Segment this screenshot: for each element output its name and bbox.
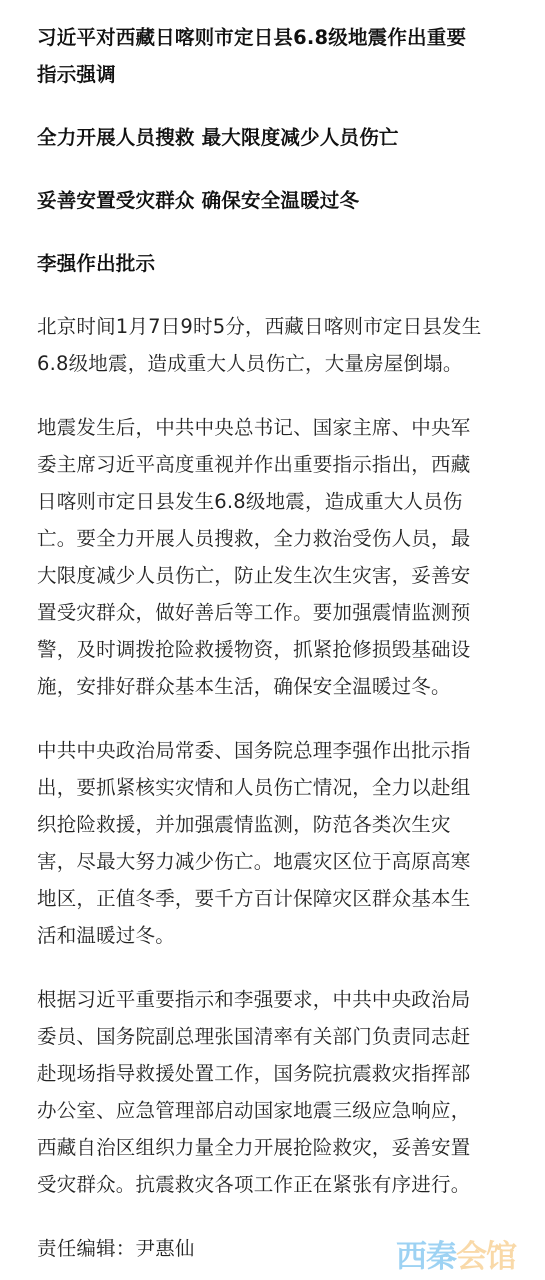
watermark-part-1: 西秦	[396, 1239, 456, 1275]
text-line: 地震发生后，中共中央总书记、国家主席、中央军	[37, 409, 512, 446]
text-line: 害，尽最大努力减少伤亡。地震灾区位于高原高寒	[37, 843, 512, 880]
headline-sub-3: 李强作出批示	[37, 245, 512, 282]
headline-line: 指示强调	[37, 56, 512, 93]
text-line: 根据习近平重要指示和李强要求，中共中央政治局	[37, 981, 512, 1018]
text-line: 施，安排好群众基本生活，确保安全温暖过冬。	[37, 668, 512, 705]
text-line: 地区，正值冬季，要千方百计保障灾区群众基本生	[37, 880, 512, 917]
paragraph-3: 中共中央政治局常委、国务院总理李强作出批示指 出，要抓紧核实灾情和人员伤亡情况，…	[37, 732, 512, 954]
watermark-part-2: 会馆	[456, 1239, 516, 1275]
headline-main: 习近平对西藏日喀则市定日县6.8级地震作出重要 指示强调	[37, 19, 512, 93]
paragraph-4: 根据习近平重要指示和李强要求，中共中央政治局 委员、国务院副总理张国清率有关部门…	[37, 981, 512, 1203]
headline-line: 妥善安置受灾群众 确保安全温暖过冬	[37, 182, 512, 219]
text-line: 北京时间1月7日9时5分，西藏日喀则市定日县发生	[37, 308, 512, 345]
text-line: 织抢险救援，并加强震情监测，防范各类次生灾	[37, 806, 512, 843]
article: 习近平对西藏日喀则市定日县6.8级地震作出重要 指示强调 全力开展人员搜救 最大…	[37, 19, 512, 1267]
text-line: 警，及时调拨抢险救援物资，抓紧抢修损毁基础设	[37, 631, 512, 668]
headline-line: 全力开展人员搜救 最大限度减少人员伤亡	[37, 119, 512, 156]
text-line: 大限度减少人员伤亡，防止发生次生灾害，妥善安	[37, 557, 512, 594]
text-line: 西藏自治区组织力量全力开展抢险救灾，妥善安置	[37, 1129, 512, 1166]
watermark-logo: 西秦会馆	[396, 1240, 541, 1274]
text-line: 亡。要全力开展人员搜救，全力救治受伤人员，最	[37, 520, 512, 557]
paragraph-2: 地震发生后，中共中央总书记、国家主席、中央军 委主席习近平高度重视并作出重要指示…	[37, 409, 512, 705]
text-line: 办公室、应急管理部启动国家地震三级应急响应，	[37, 1092, 512, 1129]
paragraph-1: 北京时间1月7日9时5分，西藏日喀则市定日县发生 6.8级地震，造成重大人员伤亡…	[37, 308, 512, 382]
text-line: 中共中央政治局常委、国务院总理李强作出批示指	[37, 732, 512, 769]
text-line: 6.8级地震，造成重大人员伤亡，大量房屋倒塌。	[37, 345, 512, 382]
text-line: 置受灾群众，做好善后等工作。要加强震情监测预	[37, 594, 512, 631]
headline-sub-1: 全力开展人员搜救 最大限度减少人员伤亡	[37, 119, 512, 156]
text-line: 日喀则市定日县发生6.8级地震，造成重大人员伤	[37, 483, 512, 520]
text-line: 受灾群众。抗震救灾各项工作正在紧张有序进行。	[37, 1166, 512, 1203]
text-line: 委员、国务院副总理张国清率有关部门负责同志赶	[37, 1018, 512, 1055]
text-line: 出，要抓紧核实灾情和人员伤亡情况，全力以赴组	[37, 769, 512, 806]
headline-line: 李强作出批示	[37, 245, 512, 282]
text-line: 委主席习近平高度重视并作出重要指示指出，西藏	[37, 446, 512, 483]
headline-line: 习近平对西藏日喀则市定日县6.8级地震作出重要	[37, 19, 512, 56]
text-line: 赴现场指导救援处置工作，国务院抗震救灾指挥部	[37, 1055, 512, 1092]
text-line: 活和温暖过冬。	[37, 917, 512, 954]
headline-sub-2: 妥善安置受灾群众 确保安全温暖过冬	[37, 182, 512, 219]
